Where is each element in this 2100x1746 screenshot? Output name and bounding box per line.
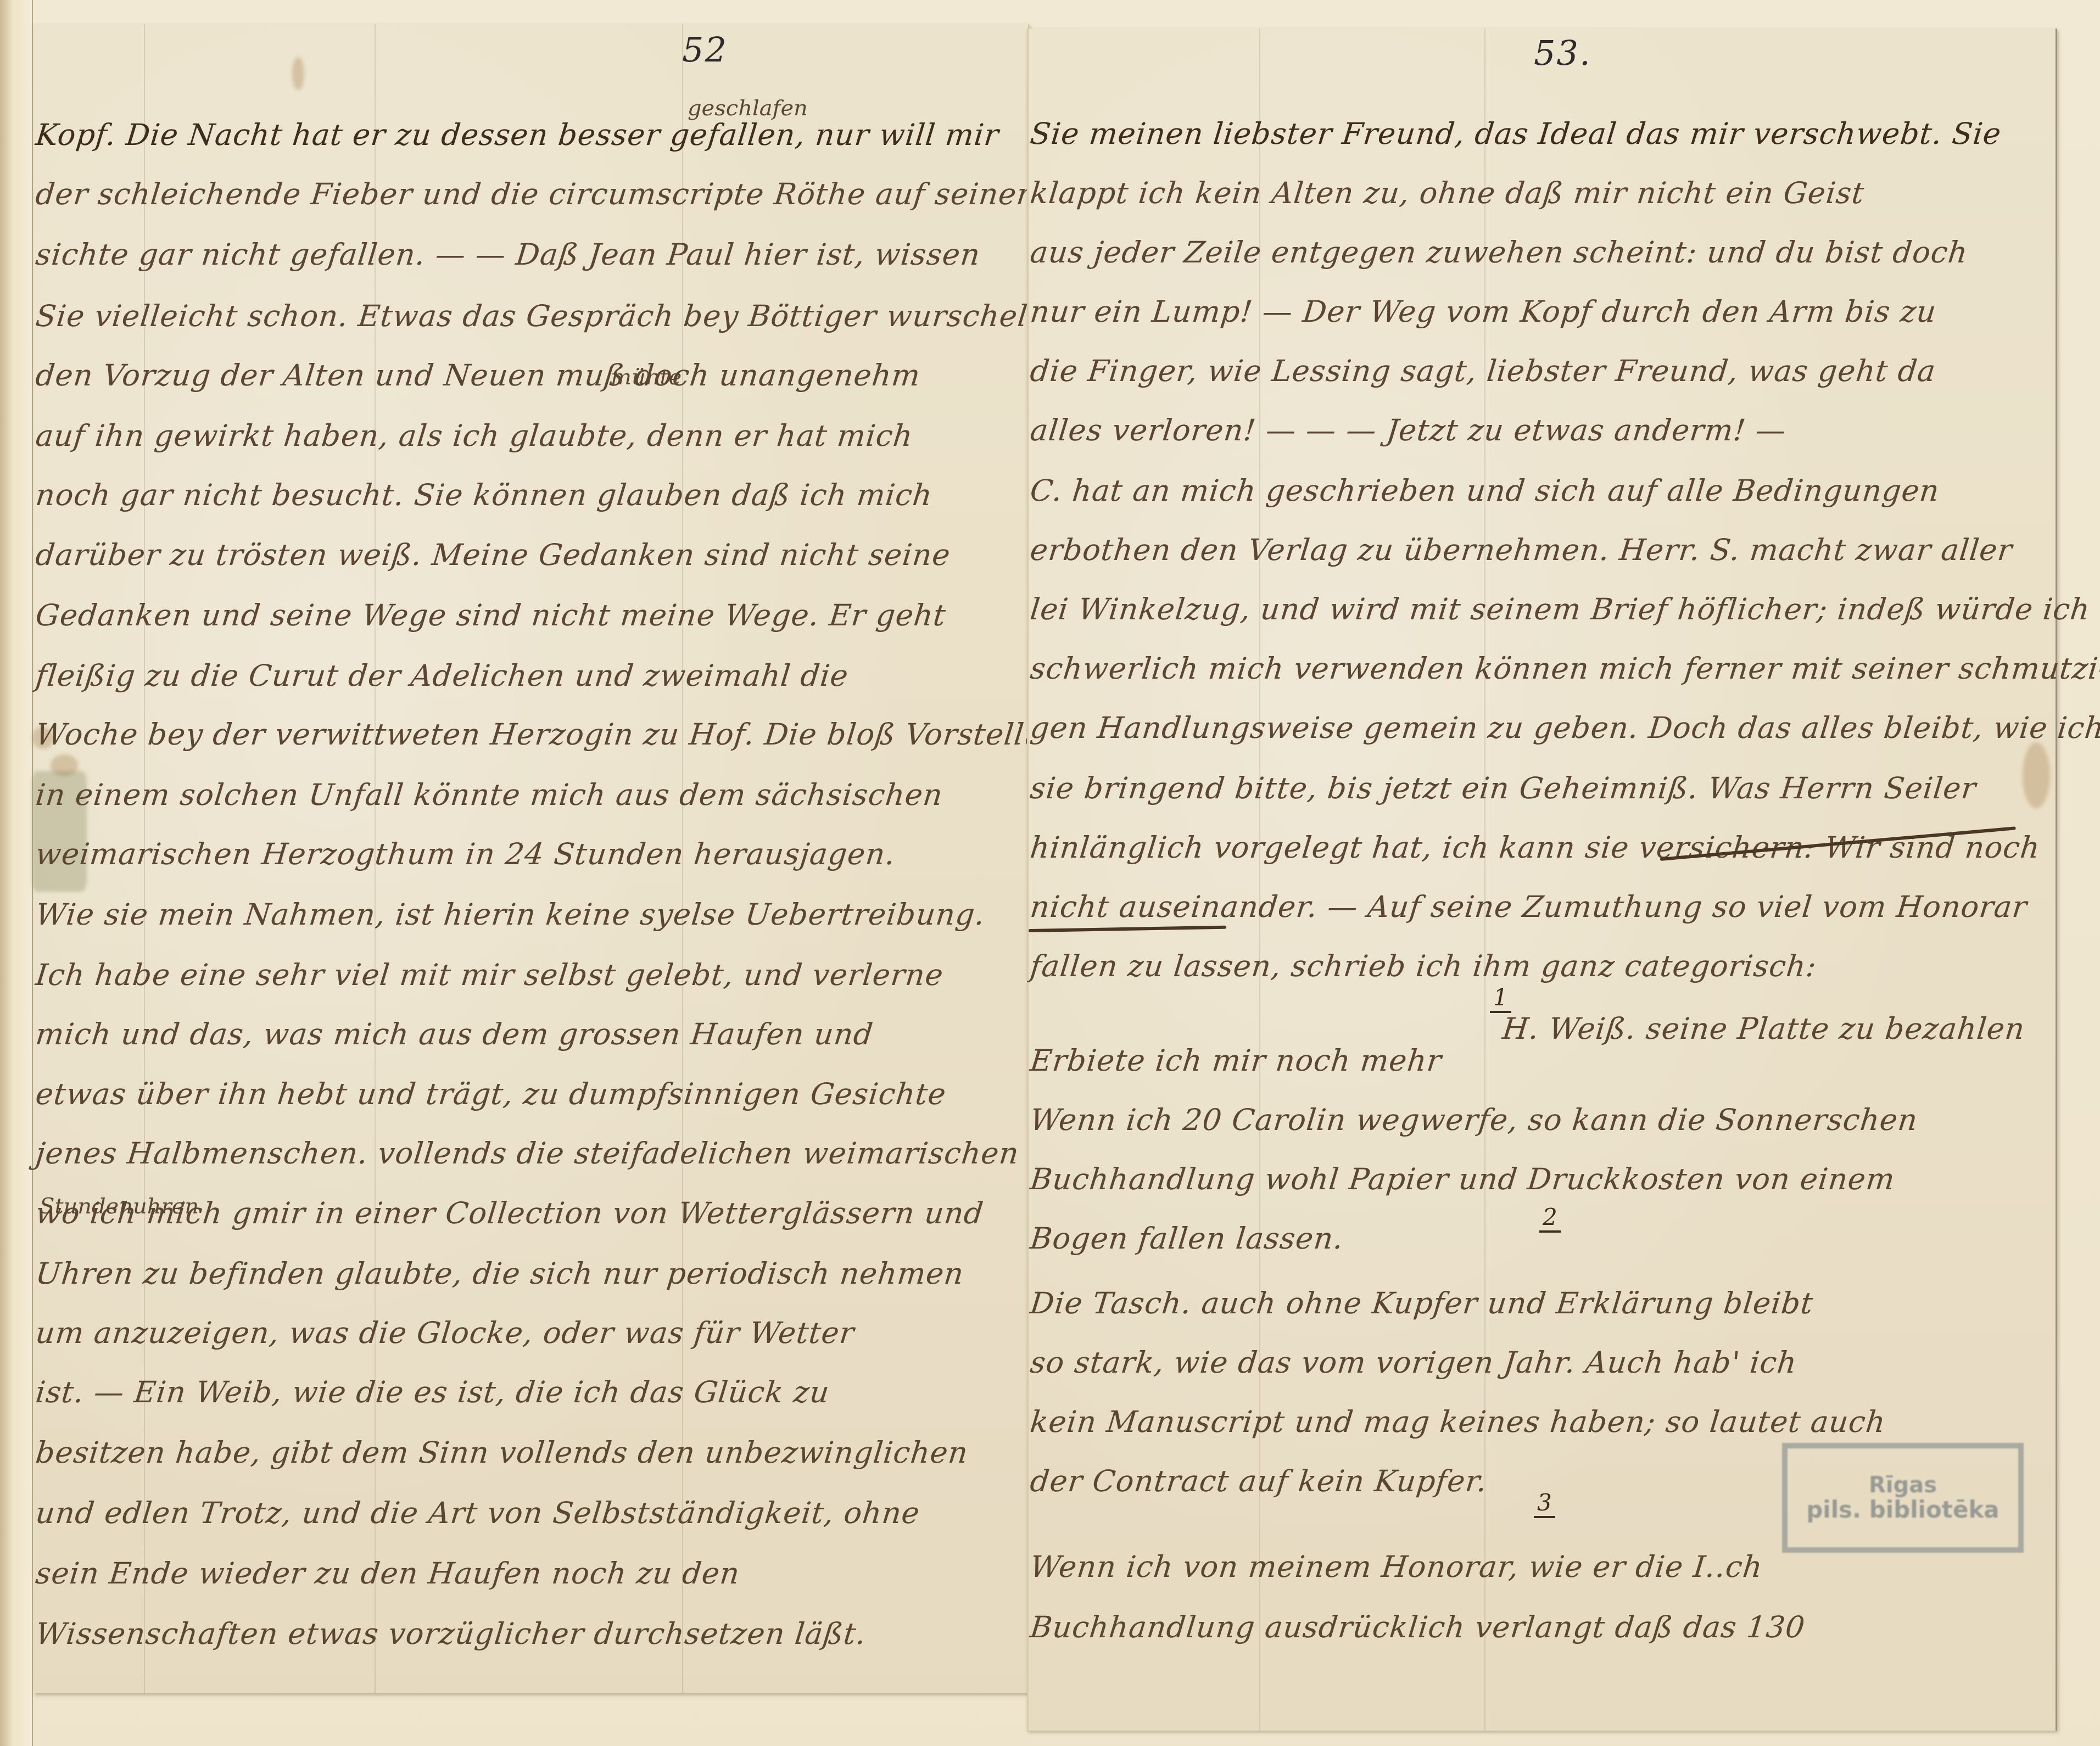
foxing-stain bbox=[292, 57, 304, 90]
manuscript-line: und edlen Trotz, und die Art von Selbsts… bbox=[34, 1496, 921, 1530]
list-numeral: 3 bbox=[1534, 1489, 1555, 1518]
stamp-text: Rīgas bbox=[1869, 1473, 1937, 1497]
manuscript-line: alles verloren! — — — Jetzt zu etwas and… bbox=[1029, 413, 1788, 447]
manuscript-line: wo ich mich gmir in einer Collection von… bbox=[34, 1196, 985, 1230]
manuscript-line: Wissenschaften etwas vorzüglicher durchs… bbox=[34, 1616, 868, 1651]
page-number: 52 bbox=[682, 30, 728, 70]
manuscript-line: kein Manuscript und mag keines haben; so… bbox=[1029, 1404, 1887, 1439]
manuscript-line: Woche bey der verwittweten Herzogin zu H… bbox=[34, 717, 1085, 752]
manuscript-line: sein Ende wieder zu den Haufen noch zu d… bbox=[34, 1556, 741, 1591]
manuscript-line: klappt ich kein Alten zu, ohne daß mir n… bbox=[1029, 176, 1866, 210]
manuscript-line: Gedanken und seine Wege sind nicht meine… bbox=[34, 598, 948, 633]
manuscript-line: jenes Halbmenschen. vollends die steifad… bbox=[34, 1136, 1125, 1171]
manuscript-line: sichte gar nicht gefallen. — — Daß Jean … bbox=[34, 237, 982, 272]
manuscript-line: darüber zu trösten weiß. Meine Gedanken … bbox=[34, 538, 952, 572]
manuscript-line: noch gar nicht besucht. Sie können glaub… bbox=[34, 478, 934, 512]
manuscript-line: H. Weiß. seine Platte zu bezahlen bbox=[1501, 1011, 2026, 1046]
manuscript-line: erbothen den Verlag zu übernehmen. Herr.… bbox=[1029, 533, 2014, 567]
manuscript-line: ist. — Ein Weib, wie die es ist, die ich… bbox=[34, 1375, 831, 1409]
manuscript-line: lei Winkelzug, und wird mit seinem Brief… bbox=[1029, 592, 2092, 626]
manuscript-line: mich und das, was mich aus dem grossen H… bbox=[34, 1017, 875, 1051]
manuscript-line: der schleichende Fieber und die circumsc… bbox=[34, 177, 1110, 211]
manuscript-line: den Vorzug der Alten und Neuen muß doch … bbox=[34, 358, 922, 393]
manuscript-line: Buchhandlung ausdrücklich verlangt daß d… bbox=[1029, 1610, 1807, 1644]
manuscript-line: Die Tasch. auch ohne Kupfer und Erklärun… bbox=[1029, 1286, 1815, 1320]
manuscript-page-right: 53. Sie meinen liebster Freund, das Idea… bbox=[1027, 29, 2057, 1731]
manuscript-line: Erbiete ich mir noch mehr bbox=[1029, 1043, 1444, 1078]
manuscript-line: sie bringend bitte, bis jetzt ein Geheim… bbox=[1029, 771, 1978, 805]
manuscript-line: nur ein Lump! — Der Weg vom Kopf durch d… bbox=[1029, 294, 1938, 329]
library-ownership-stamp: Rīgas pils. bibliotēka bbox=[1782, 1443, 2024, 1553]
list-numeral: 2 bbox=[1539, 1204, 1561, 1233]
manuscript-line: in einem solchen Unfall könnte mich aus … bbox=[34, 777, 945, 812]
manuscript-line: Wie sie mein Nahmen, ist hierin keine sy… bbox=[34, 897, 987, 932]
manuscript-line: weimarischen Herzogthum in 24 Stunden he… bbox=[34, 837, 897, 871]
manuscript-line: Uhren zu befinden glaubte, die sich nur … bbox=[34, 1256, 965, 1291]
manuscript-line: Bogen fallen lassen. bbox=[1029, 1221, 1345, 1256]
manuscript-line: der Contract auf kein Kupfer. bbox=[1029, 1464, 1489, 1498]
ink-underline bbox=[1029, 926, 1226, 932]
backing-left-edge bbox=[0, 0, 32, 1746]
manuscript-line: Sie meinen liebster Freund, das Ideal da… bbox=[1029, 116, 2003, 151]
manuscript-line: etwas über ihn hebt und trägt, zu dumpfs… bbox=[34, 1077, 948, 1111]
manuscript-line: Wenn ich von meinem Honorar, wie er die … bbox=[1029, 1549, 1764, 1584]
manuscript-line: Sie vielleicht schon. Etwas das Gespräch… bbox=[34, 299, 1067, 333]
manuscript-line: um anzuzeigen, was die Glocke, oder was … bbox=[34, 1316, 856, 1350]
manuscript-page-left: 52 geschlafen münte Stundenuhren Kopf. D… bbox=[34, 24, 1029, 1693]
manuscript-line: Wenn ich 20 Carolin wegwerfe, so kann di… bbox=[1029, 1103, 1919, 1137]
manuscript-line: Ich habe eine sehr viel mit mir selbst g… bbox=[34, 958, 945, 992]
manuscript-line: nicht auseinander. — Auf seine Zumuthung… bbox=[1029, 889, 2029, 924]
manuscript-line: gen Handlungsweise gemein zu geben. Doch… bbox=[1029, 710, 2100, 745]
manuscript-line: hinlänglich vorgelegt hat, ich kann sie … bbox=[1029, 830, 2042, 865]
manuscript-line: Buchhandlung wohl Papier und Druckkosten… bbox=[1029, 1162, 1897, 1196]
manuscript-line: C. hat an mich geschrieben und sich auf … bbox=[1029, 473, 1941, 508]
stamp-text: pils. bibliotēka bbox=[1806, 1497, 1999, 1523]
page-number: 53. bbox=[1534, 33, 1591, 73]
list-numeral: 1 bbox=[1490, 984, 1511, 1013]
manuscript-line: besitzen habe, gibt dem Sinn vollends de… bbox=[34, 1435, 970, 1470]
manuscript-line: Kopf. Die Nacht hat er zu dessen besser … bbox=[34, 117, 1001, 152]
foxing-stain bbox=[2023, 742, 2050, 808]
manuscript-line: auf ihn gewirkt haben, als ich glaubte, … bbox=[34, 418, 914, 453]
manuscript-line: aus jeder Zeile entgegen zuwehen scheint… bbox=[1029, 235, 1969, 270]
manuscript-line: fallen zu lassen, schrieb ich ihm ganz c… bbox=[1029, 949, 1818, 983]
manuscript-line: so stark, wie das vom vorigen Jahr. Auch… bbox=[1029, 1345, 1799, 1380]
manuscript-line: fleißig zu die Curut der Adelichen und z… bbox=[34, 658, 850, 693]
manuscript-line: schwerlich mich verwenden können mich fe… bbox=[1029, 651, 2100, 686]
manuscript-line: die Finger, wie Lessing sagt, liebster F… bbox=[1029, 354, 1937, 388]
